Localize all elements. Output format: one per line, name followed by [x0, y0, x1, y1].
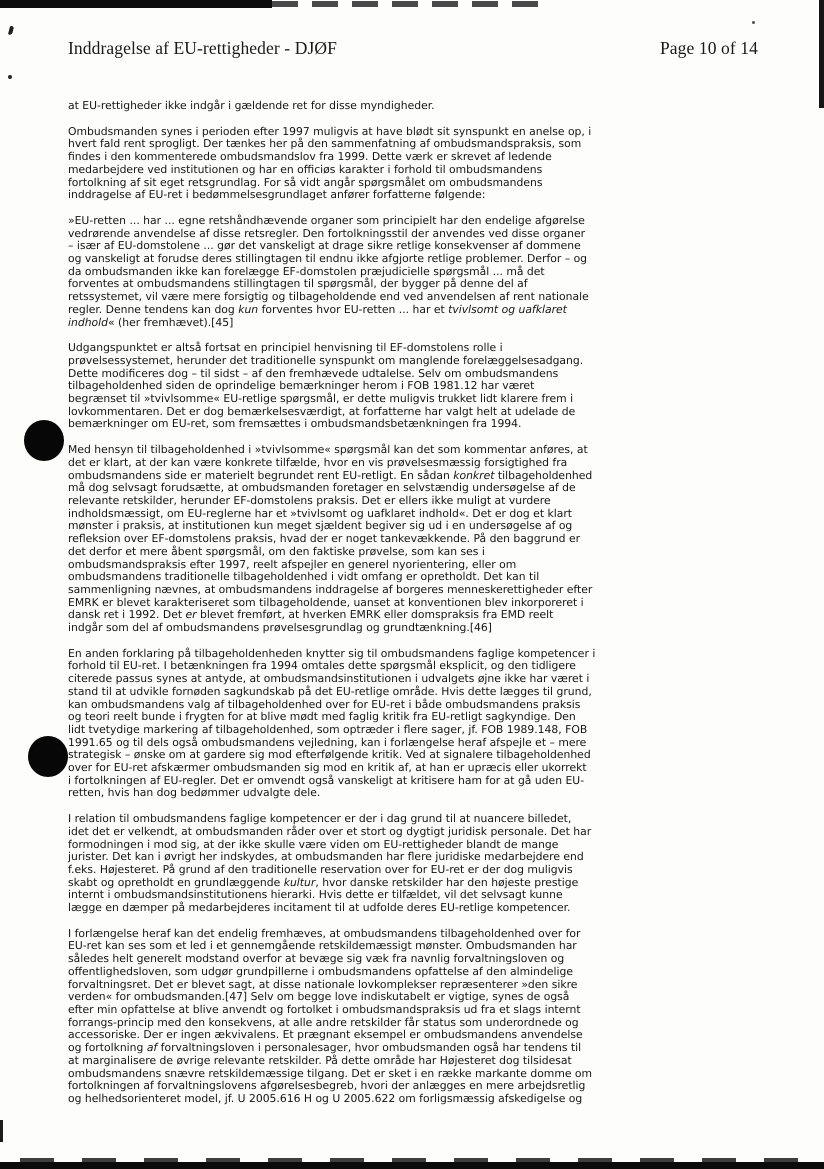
- scan-speck: [8, 75, 12, 79]
- document-title: Inddragelse af EU-rettigheder - DJØF: [68, 38, 337, 59]
- page-header: Inddragelse af EU-rettigheder - DJØF Pag…: [68, 38, 758, 59]
- scan-artifact-right-bar: [819, 0, 824, 108]
- paragraph-4: Udgangspunktet er altså fortsat en princ…: [68, 342, 762, 431]
- paragraph-3: »EU-retten ... har ... egne retshåndhæve…: [68, 215, 762, 329]
- scan-speck: [8, 26, 14, 36]
- scan-artifact-bottom-bar: [0, 1162, 824, 1169]
- paragraph-8: I forlængelse heraf kan det endelig frem…: [68, 928, 762, 1106]
- scan-artifact-top-bar: [0, 0, 272, 8]
- scan-artifact-top-bar-dashed: [272, 1, 548, 7]
- scan-speck: [752, 21, 755, 24]
- scan-artifact-left-sliver: [0, 1120, 3, 1142]
- scanned-document-page: Inddragelse af EU-rettigheder - DJØF Pag…: [0, 0, 824, 1169]
- paragraph-7: I relation til ombudsmandens faglige kom…: [68, 813, 762, 915]
- paragraph-6: En anden forklaring på tilbageholdenhede…: [68, 648, 762, 800]
- punch-hole-mark: [28, 736, 68, 777]
- document-body: at EU-rettigheder ikke indgår i gældende…: [68, 100, 762, 1119]
- punch-hole-mark: [24, 420, 64, 461]
- paragraph-2: Ombudsmanden synes i perioden efter 1997…: [68, 126, 762, 202]
- paragraph-1: at EU-rettigheder ikke indgår i gældende…: [68, 100, 762, 113]
- page-number: Page 10 of 14: [660, 38, 758, 59]
- paragraph-5: Med hensyn til tilbageholdenhed i »tvivl…: [68, 444, 762, 635]
